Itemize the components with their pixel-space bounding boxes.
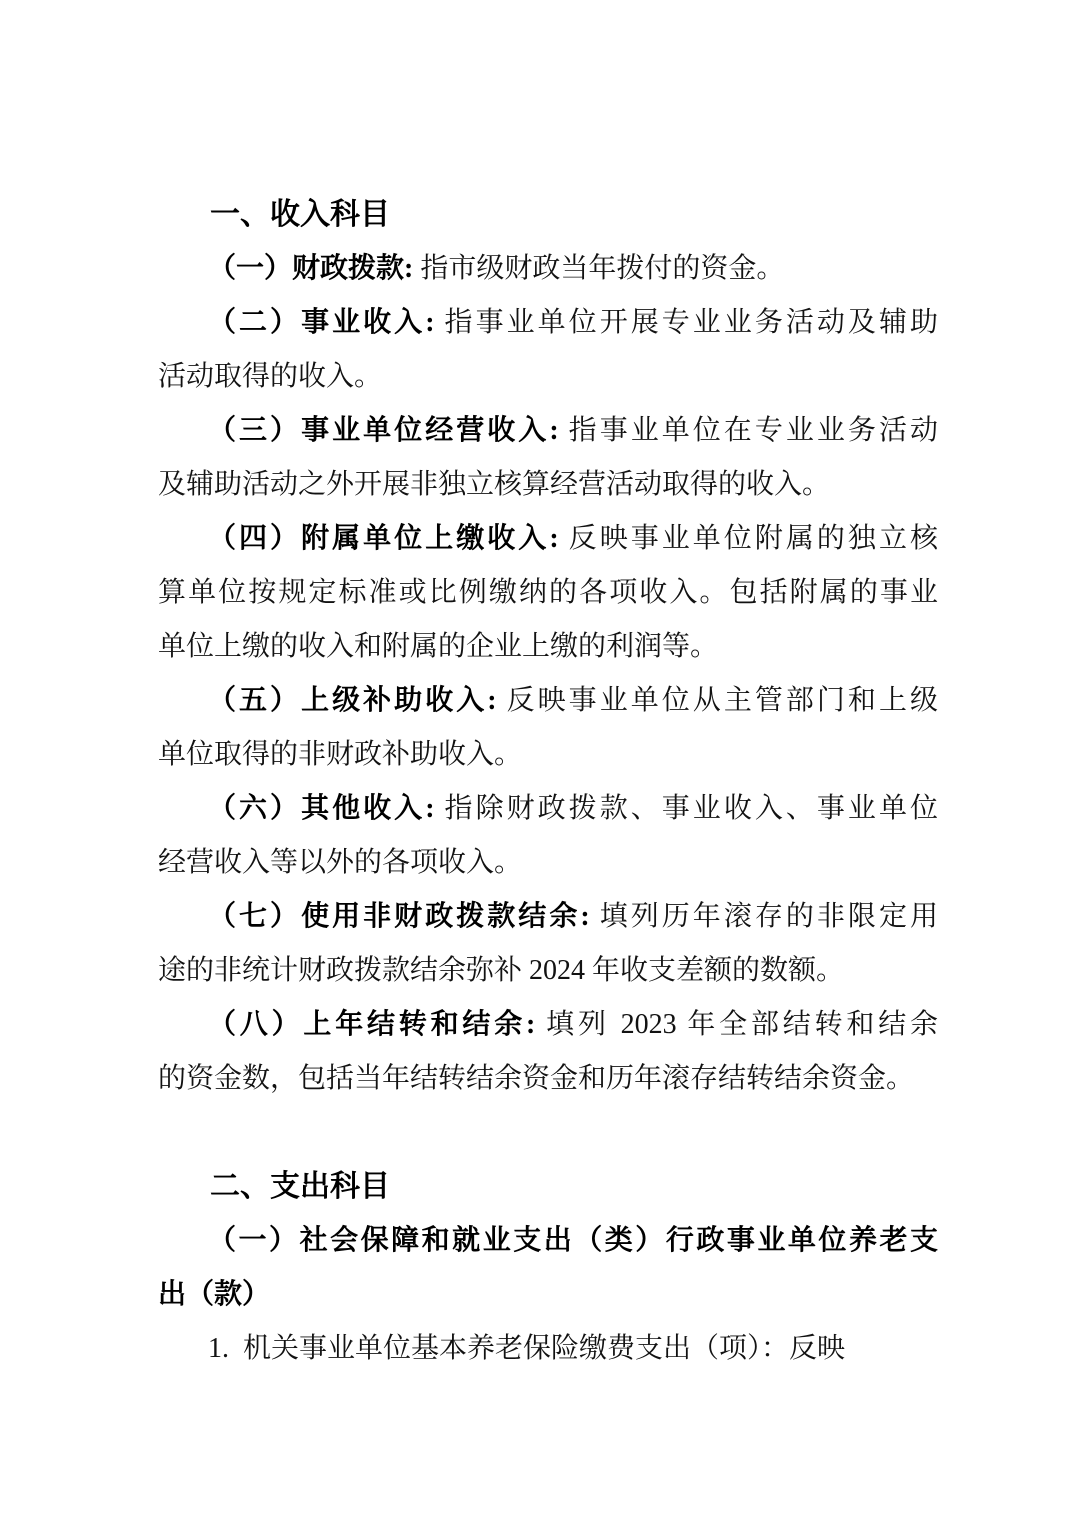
text-line: （八）上年结转和结余: 填列 2023 年全部结转和结余 <box>158 998 938 1052</box>
paragraph-income-2: （二）事业收入: 指事业单位开展专业业务活动及辅助 活动取得的收入。 <box>158 296 938 404</box>
text-line: （五）上级补助收入: 反映事业单位从主管部门和上级 <box>158 674 938 728</box>
text-line: 活动取得的收入。 <box>158 350 938 404</box>
section-heading-income: 一、收入科目 <box>158 188 938 242</box>
document-page: 一、收入科目 （一）财政拨款: 指市级财政当年拨付的资金。 （二）事业收入: 指… <box>0 0 1074 1520</box>
paragraph-text: 反映事业单位附属的独立核 <box>559 523 938 554</box>
paragraph-text: 反映事业单位从主管部门和上级 <box>497 685 938 716</box>
paragraph-expense-1: （一）社会保障和就业支出（类）行政事业单位养老支 出（款） <box>158 1214 938 1322</box>
paragraph-text: 单位取得的非财政补助收入。 <box>158 739 522 770</box>
section-heading-expense: 二、支出科目 <box>158 1160 938 1214</box>
text-line: （四）附属单位上缴收入: 反映事业单位附属的独立核 <box>158 512 938 566</box>
text-line: （六）其他收入: 指除财政拨款、事业收入、事业单位 <box>158 782 938 836</box>
text-line: 单位上缴的收入和附属的企业上缴的利润等。 <box>158 620 938 674</box>
text-line: 算单位按规定标准或比例缴纳的各项收入。包括附属的事业 <box>158 566 938 620</box>
text-line: （三）事业单位经营收入: 指事业单位在专业业务活动 <box>158 404 938 458</box>
paragraph-label: （三）事业单位经营收入: <box>208 415 559 446</box>
paragraph-text: 1. 机关事业单位基本养老保险缴费支出（项）：反映 <box>208 1333 845 1364</box>
paragraph-label: （七）使用非财政拨款结余: <box>208 901 590 932</box>
paragraph-label: （五）上级补助收入: <box>208 685 497 716</box>
paragraph-label: 出（款） <box>158 1279 270 1310</box>
text-line: （一）财政拨款: 指市级财政当年拨付的资金。 <box>158 242 938 296</box>
paragraph-label: （四）附属单位上缴收入: <box>208 523 559 554</box>
paragraph-income-8: （八）上年结转和结余: 填列 2023 年全部结转和结余 的资金数，包括当年结转… <box>158 998 938 1106</box>
paragraph-label: （二）事业收入: <box>208 307 435 338</box>
paragraph-text: 填列历年滚存的非限定用 <box>590 901 938 932</box>
paragraph-text: 活动取得的收入。 <box>158 361 382 392</box>
paragraph-label: （八）上年结转和结余: <box>208 1009 535 1040</box>
paragraph-text: 途的非统计财政拨款结余弥补 2024 年收支差额的数额。 <box>158 955 844 986</box>
text-line: （一）社会保障和就业支出（类）行政事业单位养老支 <box>158 1214 938 1268</box>
paragraph-income-6: （六）其他收入: 指除财政拨款、事业收入、事业单位 经营收入等以外的各项收入。 <box>158 782 938 890</box>
text-line: 出（款） <box>158 1268 938 1322</box>
text-line: 的资金数，包括当年结转结余资金和历年滚存结转结余资金。 <box>158 1052 938 1106</box>
paragraph-text: 经营收入等以外的各项收入。 <box>158 847 522 878</box>
paragraph-income-1: （一）财政拨款: 指市级财政当年拨付的资金。 <box>158 242 938 296</box>
paragraph-income-5: （五）上级补助收入: 反映事业单位从主管部门和上级 单位取得的非财政补助收入。 <box>158 674 938 782</box>
paragraph-label: （一）财政拨款: <box>208 253 413 284</box>
text-line: 途的非统计财政拨款结余弥补 2024 年收支差额的数额。 <box>158 944 938 998</box>
section-expense: 二、支出科目 （一）社会保障和就业支出（类）行政事业单位养老支 出（款） 1. … <box>158 1160 938 1376</box>
paragraph-text: 指事业单位在专业业务活动 <box>559 415 938 446</box>
paragraph-text: 算单位按规定标准或比例缴纳的各项收入。包括附属的事业 <box>158 577 938 608</box>
paragraph-income-3: （三）事业单位经营收入: 指事业单位在专业业务活动 及辅助活动之外开展非独立核算… <box>158 404 938 512</box>
paragraph-income-7: （七）使用非财政拨款结余: 填列历年滚存的非限定用 途的非统计财政拨款结余弥补 … <box>158 890 938 998</box>
paragraph-label: （一）社会保障和就业支出（类）行政事业单位养老支 <box>208 1225 938 1256</box>
paragraph-label: （六）其他收入: <box>208 793 435 824</box>
paragraph-text: 指事业单位开展专业业务活动及辅助 <box>435 307 938 338</box>
paragraph-text: 及辅助活动之外开展非独立核算经营活动取得的收入。 <box>158 469 830 500</box>
paragraph-text: 指除财政拨款、事业收入、事业单位 <box>435 793 938 824</box>
paragraph-text: 的资金数，包括当年结转结余资金和历年滚存结转结余资金。 <box>158 1063 914 1094</box>
text-line: 及辅助活动之外开展非独立核算经营活动取得的收入。 <box>158 458 938 512</box>
paragraph-expense-item-1: 1. 机关事业单位基本养老保险缴费支出（项）：反映 <box>158 1322 938 1376</box>
text-line: 经营收入等以外的各项收入。 <box>158 836 938 890</box>
text-line: （七）使用非财政拨款结余: 填列历年滚存的非限定用 <box>158 890 938 944</box>
paragraph-text: 指市级财政当年拨付的资金。 <box>413 253 784 284</box>
paragraph-income-4: （四）附属单位上缴收入: 反映事业单位附属的独立核 算单位按规定标准或比例缴纳的… <box>158 512 938 674</box>
section-income: 一、收入科目 （一）财政拨款: 指市级财政当年拨付的资金。 （二）事业收入: 指… <box>158 188 938 1106</box>
paragraph-text: 单位上缴的收入和附属的企业上缴的利润等。 <box>158 631 718 662</box>
text-line: （二）事业收入: 指事业单位开展专业业务活动及辅助 <box>158 296 938 350</box>
text-line: 1. 机关事业单位基本养老保险缴费支出（项）：反映 <box>158 1322 938 1376</box>
paragraph-text: 填列 2023 年全部结转和结余 <box>535 1009 938 1040</box>
text-line: 单位取得的非财政补助收入。 <box>158 728 938 782</box>
